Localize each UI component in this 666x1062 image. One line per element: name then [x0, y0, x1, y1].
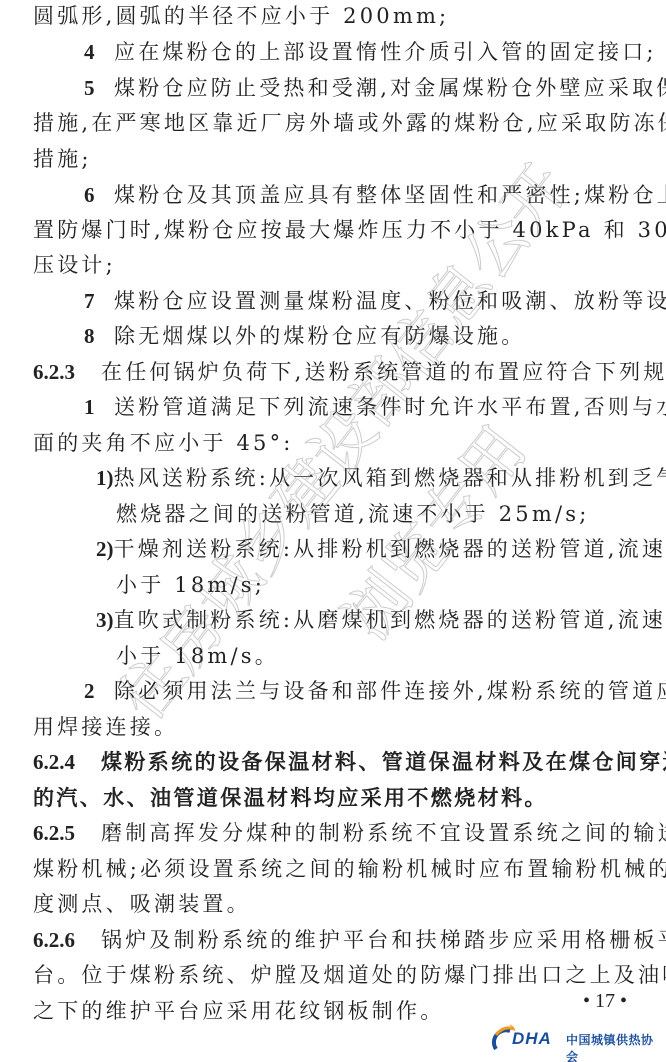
text-line: 台。位于煤粉系统、炉膛及烟道处的防爆门排出口之上及油喷嘴 [33, 961, 645, 989]
clause-6-2-5: 6.2.5磨制高挥发分煤种的制粉系统不宜设置系统之间的输送 [33, 819, 645, 847]
list-item-6: 6煤粉仓及其顶盖应具有整体坚固性和严密性;煤粉仓上设 [84, 181, 645, 209]
clause-6-2-4: 6.2.4煤粉系统的设备保温材料、管道保温材料及在煤仓间穿过 [33, 748, 645, 776]
text-line: 的汽、水、油管道保温材料均应采用不燃烧材料。 [33, 784, 645, 812]
text-line: 置防爆门时,煤粉仓应按最大爆炸压力不小于 40kPa 和 30kPa 负 [33, 216, 645, 244]
clause-number: 6.2.5 [33, 819, 101, 847]
item-number: 7 [84, 287, 114, 315]
clause-text: 锅炉及制粉系统的维护平台和扶梯踏步应采用格栅板平 [101, 928, 666, 952]
text-line: 用焊接连接。 [33, 713, 645, 741]
text-line: 面的夹角不应小于 45°: [33, 429, 645, 457]
text-line: 措施; [33, 145, 645, 173]
dha-logo: DHA 中国城镇供热协会 [488, 1023, 658, 1053]
sub-item-number: 1) [96, 464, 114, 492]
text-line: 度测点、吸潮装置。 [33, 890, 645, 918]
text-line: 燃烧器之间的送粉管道,流速不小于 25m/s; [116, 500, 645, 528]
list-item-5: 5煤粉仓应防止受热和受潮,对金属煤粉仓外壁应采取保温 [84, 74, 645, 102]
item-number: 5 [84, 74, 114, 102]
text-line: 小于 18m/s; [116, 571, 645, 599]
text-line: 小于 18m/s。 [116, 642, 645, 670]
sub-item-3: 3)直吹式制粉系统:从磨煤机到燃烧器的送粉管道,流速不 [96, 606, 645, 634]
item-text: 送粉管道满足下列流速条件时允许水平布置,否则与水平 [114, 395, 666, 419]
clause-number: 6.2.6 [33, 926, 101, 954]
sub-item-text: 干燥剂送粉系统:从排粉机到燃烧器的送粉管道,流速不 [114, 537, 666, 561]
item-number: 2 [84, 677, 114, 705]
sub-item-1: 1)热风送粉系统:从一次风箱到燃烧器和从排粉机到乏气 [96, 464, 645, 492]
page-number: • 17 • [570, 990, 640, 1013]
list-item-4: 4应在煤粉仓的上部设置惰性介质引入管的固定接口; [84, 38, 645, 66]
clause-number: 6.2.4 [33, 748, 101, 776]
item-text: 除无烟煤以外的煤粉仓应有防爆设施。 [114, 324, 525, 348]
text-line: 之下的维护平台应采用花纹钢板制作。 [33, 997, 645, 1025]
logo-abbr: DHA [512, 1029, 552, 1049]
text-line: 措施,在严寒地区靠近厂房外墙或外露的煤粉仓,应采取防冻保温 [33, 109, 645, 137]
item-number: 4 [84, 38, 114, 66]
clause-text: 磨制高挥发分煤种的制粉系统不宜设置系统之间的输送 [101, 821, 666, 845]
document-page: 圆弧形,圆弧的半径不应小于 200mm; 4应在煤粉仓的上部设置惰性介质引入管的… [0, 0, 666, 1062]
sub-item-text: 热风送粉系统:从一次风箱到燃烧器和从排粉机到乏气 [114, 466, 666, 490]
clause-text: 在任何锅炉负荷下,送粉系统管道的布置应符合下列规定: [101, 360, 666, 384]
sub-item-2: 2)干燥剂送粉系统:从排粉机到燃烧器的送粉管道,流速不 [96, 535, 645, 563]
sub-item-number: 3) [96, 606, 114, 634]
sub-item-text: 直吹式制粉系统:从磨煤机到燃烧器的送粉管道,流速不 [114, 608, 666, 632]
logo-name: 中国城镇供热协会 [566, 1031, 658, 1062]
text-line: 压设计; [33, 251, 645, 279]
list-item-8: 8除无烟煤以外的煤粉仓应有防爆设施。 [84, 322, 645, 350]
item-text: 煤粉仓应防止受热和受潮,对金属煤粉仓外壁应采取保温 [114, 76, 666, 100]
text-line: 煤粉机械;必须设置系统之间的输粉机械时应布置输粉机械的温 [33, 855, 645, 883]
item-number: 8 [84, 322, 114, 350]
clause-number: 6.2.3 [33, 358, 101, 386]
item-text: 煤粉仓及其顶盖应具有整体坚固性和严密性;煤粉仓上设 [114, 183, 666, 207]
item-number: 1 [84, 393, 114, 421]
text-line: 圆弧形,圆弧的半径不应小于 200mm; [33, 2, 645, 30]
item-number: 6 [84, 181, 114, 209]
list-item-7: 7煤粉仓应设置测量煤粉温度、粉位和吸潮、放粉等设施; [84, 287, 645, 315]
clause-6-2-6: 6.2.6锅炉及制粉系统的维护平台和扶梯踏步应采用格栅板平 [33, 926, 645, 954]
list-item-2: 2除必须用法兰与设备和部件连接外,煤粉系统的管道应采 [84, 677, 645, 705]
list-item-1: 1送粉管道满足下列流速条件时允许水平布置,否则与水平 [84, 393, 645, 421]
item-text: 除必须用法兰与设备和部件连接外,煤粉系统的管道应采 [114, 679, 666, 703]
clause-6-2-3: 6.2.3在任何锅炉负荷下,送粉系统管道的布置应符合下列规定: [33, 358, 645, 386]
item-text: 应在煤粉仓的上部设置惰性介质引入管的固定接口; [114, 40, 657, 64]
item-text: 煤粉仓应设置测量煤粉温度、粉位和吸潮、放粉等设施; [114, 289, 666, 313]
sub-item-number: 2) [96, 535, 114, 563]
clause-text: 煤粉系统的设备保温材料、管道保温材料及在煤仓间穿过 [101, 750, 666, 774]
